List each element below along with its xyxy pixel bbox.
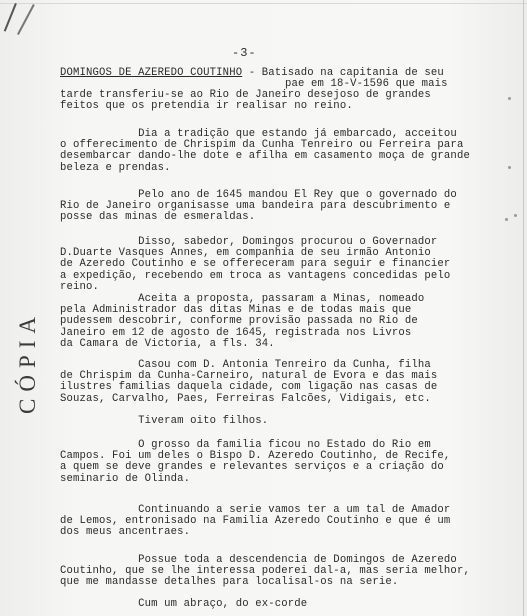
paragraph: Disso, sabedor, Domingos procurou o Gove… (60, 237, 515, 293)
text-line: ilustres familias daquela cidade, com li… (60, 382, 515, 393)
intro-paragraph: pae em 18-V-1596 que maistarde transferi… (60, 79, 515, 113)
text-line: posse das minas de esmeraldas. (60, 212, 515, 223)
paragraph: Pelo ano de 1645 mandou El Rey que o gov… (60, 190, 515, 224)
paragraph: Casou com D. Antonia Tenreiro da Cunha, … (60, 360, 515, 405)
paragraph: Dia a tradição que estando já embarcado,… (60, 129, 515, 174)
text-line: dos meus ancentraes. (60, 527, 515, 538)
text-line: de Azeredo Coutinho e se offereceram par… (60, 259, 515, 270)
text-line: que me mandasse detalhes para localisal-… (60, 577, 515, 588)
text-line: desembarcar dando-lhe dote e afilha em c… (60, 151, 515, 162)
paper-right-edge (523, 0, 524, 616)
heading-name: DOMINGOS DE AZEREDO COUTINHO (60, 67, 242, 79)
text-line: pudessem descobrir, conforme provisão pa… (60, 316, 515, 327)
text-line: a quem se deve grandes e relevantes serv… (60, 462, 515, 473)
pen-mark (4, 3, 17, 32)
text-line: reino. (60, 282, 515, 293)
text-line: Souzas, Carvalho, Paes, Ferreiras Falcõe… (60, 394, 515, 405)
paragraph: Possue toda a descendencia de Domingos d… (60, 555, 515, 589)
scanned-page: CÓPIA -3- DOMINGOS DE AZEREDO COUTINHO -… (0, 0, 527, 616)
text-line: beleza e prendas. (60, 163, 515, 174)
paragraph: Continuando a serie vamos ter a um tal d… (60, 505, 515, 539)
text-line: seminario de Olinda. (60, 474, 515, 485)
pen-mark (17, 4, 35, 35)
paragraph: O grosso da familia ficou no Estado do R… (60, 440, 515, 485)
paragraph: Aceita a proposta, passaram a Minas, nom… (60, 294, 515, 350)
text-line: a expedição, recebendo em troca as vanta… (60, 271, 515, 282)
closing-line: Cum um abraço, do ex-corde (60, 599, 515, 610)
copy-stamp: CÓPIA (16, 292, 40, 432)
text-line: Cum um abraço, do ex-corde (60, 599, 515, 610)
copy-stamp-text: CÓPIA (15, 310, 41, 414)
paper-top-edge (0, 3, 527, 4)
text-line: Tiveram oito filhos. (60, 416, 515, 427)
text-line: feitos que os pretendia ir realisar no r… (60, 101, 515, 112)
text-line: da Camara de Victoria, a fls. 34. (60, 339, 515, 350)
paragraph: Tiveram oito filhos. (60, 416, 515, 427)
page-number: -3- (232, 46, 257, 60)
